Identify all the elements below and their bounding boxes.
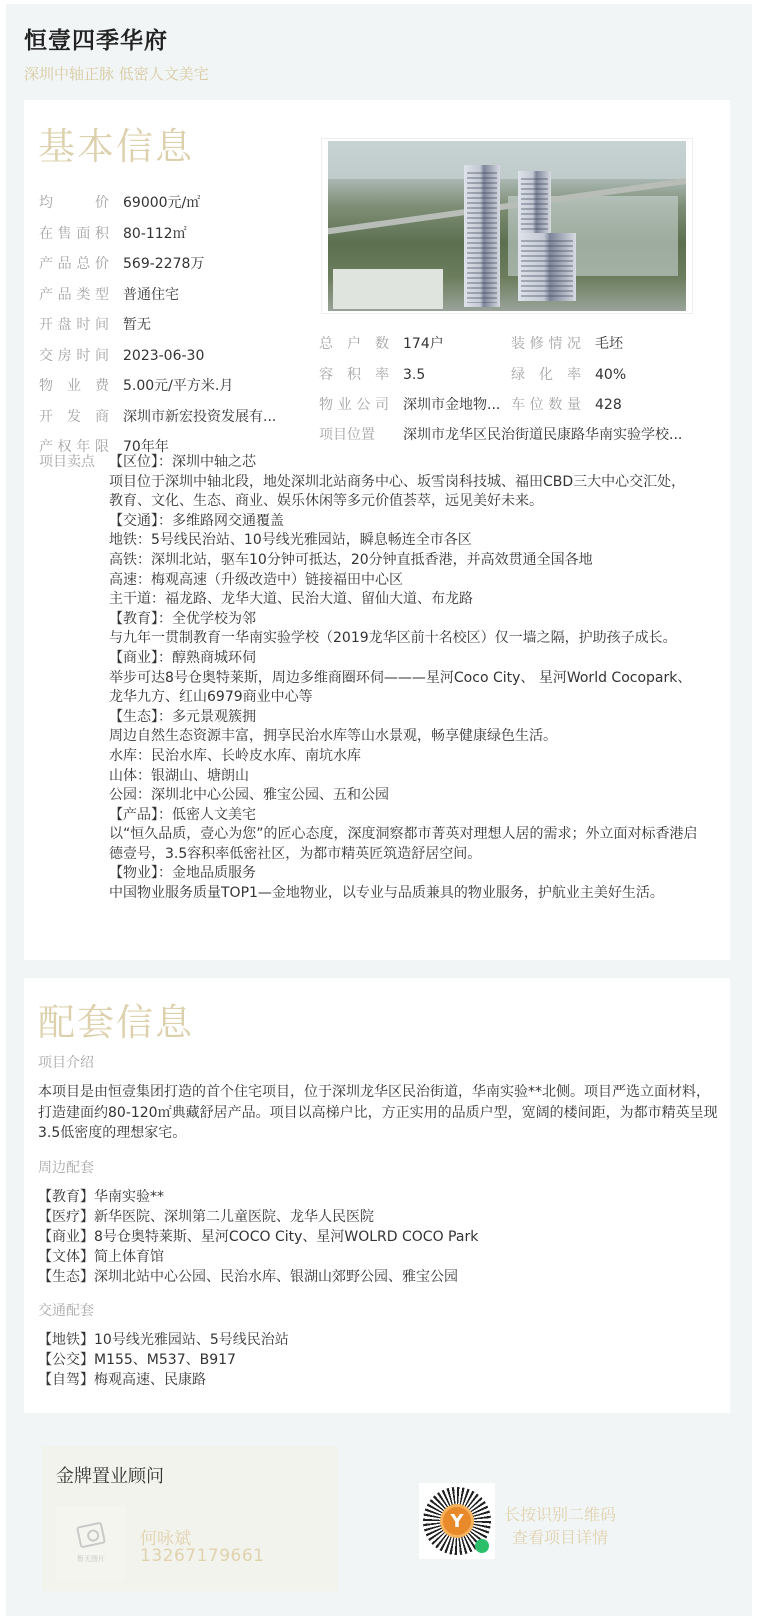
selling-point-text: 以“恒久品质，壹心为您”的匠心态度，深度洞察都市菁英对理想人居的需求；外立面对标… [109, 825, 699, 864]
transport-label: 交通配套 [38, 1301, 718, 1321]
info-row-households: 总户数174户 [319, 329, 500, 360]
project-rendering-image [328, 141, 686, 311]
intro-label: 项目介绍 [38, 1053, 718, 1073]
info-value: 428 [595, 390, 622, 421]
info-value: 174户 [403, 329, 444, 360]
selling-point-heading: 【商业】：醇熟商城环伺 [109, 649, 699, 669]
transport-item-metro: 【地铁】10号线光雅园站、5号线民治站 [38, 1330, 718, 1350]
basic-info-card: 基本信息 均价69000元/㎡ 在售面积80-112㎡ 产品总价569-2278… [24, 100, 730, 960]
info-value: 深圳市龙华区民治街道民康路华南实验学校... [403, 420, 682, 451]
page-header: 恒壹四季华府 深圳中轴正脉 低密人文美宅 [24, 22, 209, 84]
info-label: 均价 [39, 188, 109, 219]
selling-point-text: 水库：民治水库、长岭皮水库、南坑水库 [109, 747, 699, 767]
facilities-title: 配套信息 [38, 992, 194, 1046]
info-row-plot-ratio: 容积率3.5 [319, 360, 500, 391]
mini-program-icon [475, 1539, 489, 1553]
info-row-delivery-time: 交房时间2023-06-30 [39, 341, 276, 372]
info-label: 物业公司 [319, 390, 389, 421]
info-row-average-price: 均价69000元/㎡ [39, 188, 276, 219]
info-label: 产品类型 [39, 280, 109, 311]
transport-item-driving: 【自驾】梅观高速、民康路 [38, 1370, 718, 1390]
surrounding-item-ecology: 【生态】深圳北站中心公园、民治水库、银湖山郊野公园、雅宝公园 [38, 1267, 718, 1287]
surrounding-label: 周边配套 [38, 1158, 718, 1178]
project-title: 恒壹四季华府 [24, 22, 209, 55]
project-subtitle: 深圳中轴正脉 低密人文美宅 [24, 63, 209, 84]
info-value: 毛坯 [595, 329, 623, 360]
info-value: 暂无 [123, 310, 151, 341]
advisor-card[interactable]: 金牌置业顾问 暂无图片 何咏斌 13267179661 [42, 1446, 338, 1591]
selling-point-heading: 【产品】：低密人文美宅 [109, 806, 699, 826]
selling-point-text: 山体：银湖山、塘朗山 [109, 767, 699, 787]
info-row-decoration: 装修情况毛坯 [511, 329, 626, 360]
info-label: 总户数 [319, 329, 389, 360]
facilities-card: 配套信息 项目介绍 本项目是由恒壹集团打造的首个住宅项目，位于深圳龙华区民治街道… [24, 978, 730, 1413]
info-row-total-price: 产品总价569-2278万 [39, 249, 276, 280]
info-label: 开发商 [39, 402, 109, 433]
info-value: 80-112㎡ [123, 219, 187, 250]
advisor-phone-link[interactable]: 13267179661 [140, 1546, 264, 1566]
info-label: 在售面积 [39, 219, 109, 250]
selling-point-text: 高铁：深圳北站，驱车10分钟可抵达，20分钟直抵香港，并高效贯通全国各地 [109, 551, 699, 571]
selling-point-text: 周边自然生态资源丰富，拥享民治水库等山水景观，畅享健康绿色生活。 [109, 727, 699, 747]
info-row-product-type: 产品类型普通住宅 [39, 280, 276, 311]
surrounding-item-sports: 【文体】简上体育馆 [38, 1247, 718, 1267]
selling-point-text: 与九年一贯制教育一华南实验学校（2019龙华区前十名校区）仅一墙之隔，护助孩子成… [109, 629, 699, 649]
selling-point-heading: 【教育】：全优学校为邻 [109, 610, 699, 630]
info-value: 40% [595, 360, 626, 391]
info-row-parking: 车位数量428 [511, 390, 626, 421]
selling-point-text: 主干道：福龙路、龙华大道、民治大道、留仙大道、布龙路 [109, 590, 699, 610]
qr-hint-line1: 长按识别二维码 [504, 1503, 616, 1526]
info-label: 装修情况 [511, 329, 581, 360]
info-value: 深圳市新宏投资发展有... [123, 402, 276, 433]
surrounding-item-education: 【教育】华南实验** [38, 1187, 718, 1207]
info-label: 绿化率 [511, 360, 581, 391]
info-row-opening-time: 开盘时间暂无 [39, 310, 276, 341]
selling-point-text: 举步可达8号仓奥特莱斯，周边多维商圈环伺———星河Coco City、 星河Wo… [109, 669, 699, 708]
qr-hint-line2: 查看项目详情 [504, 1526, 616, 1549]
info-value: 3.5 [403, 360, 425, 391]
selling-point-text: 中国物业服务质量TOP1—金地物业，以专业与品质兼具的物业服务，护航业主美好生活… [109, 884, 699, 904]
selling-point-heading: 【区位】：深圳中轴之芯 [109, 453, 699, 473]
info-label: 项目位置 [319, 420, 389, 451]
info-label: 产品总价 [39, 249, 109, 280]
info-row-property-fee: 物业费5.00元/平方米.月 [39, 371, 276, 402]
selling-point-heading: 【生态】：多元景观簇拥 [109, 708, 699, 728]
avatar-placeholder-label: 暂无图片 [77, 1554, 105, 1564]
basic-info-mid-list: 总户数174户 容积率3.5 物业公司深圳市金地物... [319, 329, 500, 421]
surrounding-item-commerce: 【商业】8号仓奥特莱斯、星河COCO City、星河WOLRD COCO Par… [38, 1227, 718, 1247]
basic-info-left-list: 均价69000元/㎡ 在售面积80-112㎡ 产品总价569-2278万 产品类… [39, 188, 276, 463]
qr-code[interactable] [419, 1483, 495, 1559]
info-row-location: 项目位置 深圳市龙华区民治街道民康路华南实验学校... [319, 420, 682, 451]
info-row-greening-rate: 绿化率40% [511, 360, 626, 391]
info-value: 69000元/㎡ [123, 188, 200, 219]
info-value: 5.00元/平方米.月 [123, 371, 233, 402]
info-label: 交房时间 [39, 341, 109, 372]
selling-point-text: 地铁：5号线民治站、10号线光雅园站，瞬息畅连全市各区 [109, 531, 699, 551]
selling-point-text: 高速：梅观高速（升级改造中）链接福田中心区 [109, 571, 699, 591]
selling-point-text: 公园：深圳北中心公园、雅宝公园、五和公园 [109, 786, 699, 806]
advisor-title: 金牌置业顾问 [56, 1462, 164, 1488]
info-value: 深圳市金地物... [403, 390, 500, 421]
image-placeholder-icon [76, 1521, 106, 1548]
intro-text: 本项目是由恒壹集团打造的首个住宅项目，位于深圳龙华区民治街道，华南实验**北侧。… [38, 1082, 718, 1144]
transport-list: 【地铁】10号线光雅园站、5号线民治站 【公交】M155、M537、B917 【… [38, 1330, 718, 1390]
info-value: 569-2278万 [123, 249, 204, 280]
brand-logo-icon [440, 1504, 474, 1538]
selling-point-heading: 【交通】：多维路网交通覆盖 [109, 512, 699, 532]
info-row-property-company: 物业公司深圳市金地物... [319, 390, 500, 421]
selling-points: 项目卖点 【区位】：深圳中轴之芯 项目位于深圳中轴北段，地处深圳北站商务中心、坂… [39, 453, 699, 904]
facilities-body: 项目介绍 本项目是由恒壹集团打造的首个住宅项目，位于深圳龙华区民治街道，华南实验… [38, 1053, 718, 1390]
selling-point-text: 项目位于深圳中轴北段，地处深圳北站商务中心、坂雪岗科技城、福田CBD三大中心交汇… [109, 473, 699, 512]
selling-points-list: 【区位】：深圳中轴之芯 项目位于深圳中轴北段，地处深圳北站商务中心、坂雪岗科技城… [109, 453, 699, 904]
info-label: 车位数量 [511, 390, 581, 421]
selling-points-label: 项目卖点 [39, 453, 109, 904]
info-row-area: 在售面积80-112㎡ [39, 219, 276, 250]
info-value: 2023-06-30 [123, 341, 204, 372]
transport-item-bus: 【公交】M155、M537、B917 [38, 1350, 718, 1370]
info-label: 开盘时间 [39, 310, 109, 341]
selling-point-heading: 【物业】：金地品质服务 [109, 864, 699, 884]
qr-hint: 长按识别二维码 查看项目详情 [504, 1503, 616, 1549]
info-value: 普通住宅 [123, 280, 179, 311]
info-label: 物业费 [39, 371, 109, 402]
basic-info-right-list: 装修情况毛坯 绿化率40% 车位数量428 [511, 329, 626, 421]
info-row-developer: 开发商深圳市新宏投资发展有... [39, 402, 276, 433]
surrounding-item-medical: 【医疗】新华医院、深圳第二儿童医院、龙华人民医院 [38, 1207, 718, 1227]
project-photo[interactable] [321, 138, 693, 314]
surrounding-list: 【教育】华南实验** 【医疗】新华医院、深圳第二儿童医院、龙华人民医院 【商业】… [38, 1187, 718, 1287]
info-label: 容积率 [319, 360, 389, 391]
basic-info-title: 基本信息 [38, 116, 194, 170]
avatar: 暂无图片 [56, 1506, 126, 1581]
